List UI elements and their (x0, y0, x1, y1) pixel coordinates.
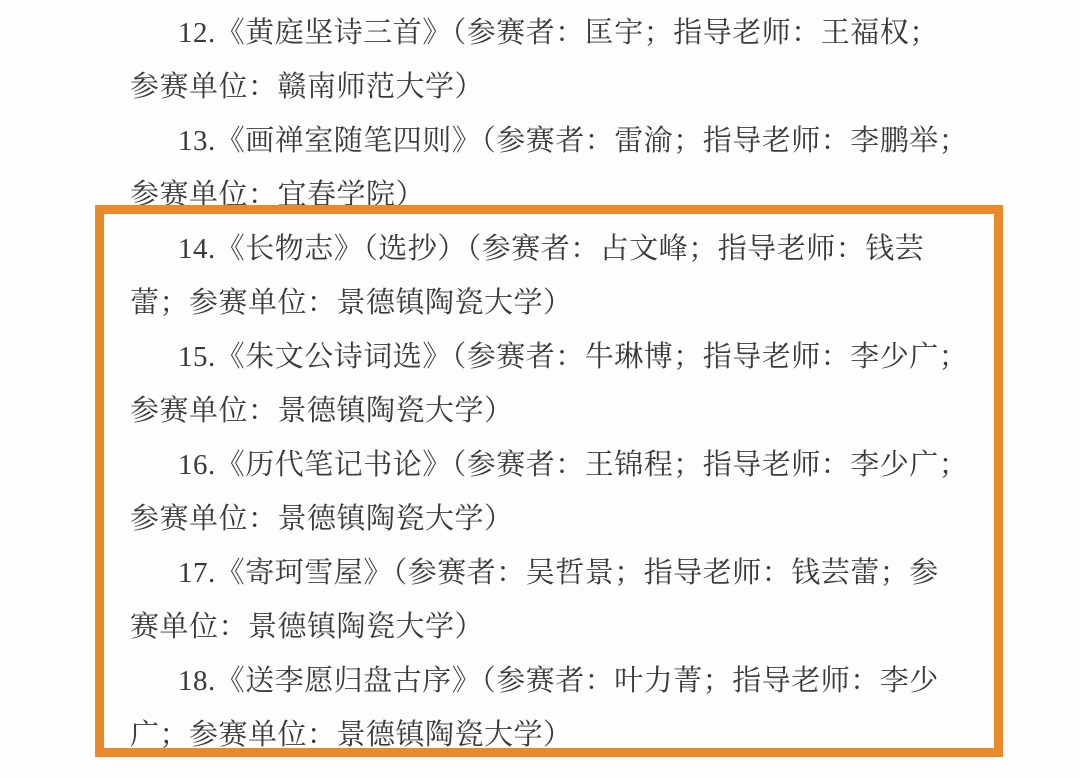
entry-13-line-2: 参赛单位：宜春学院） (130, 168, 1016, 222)
entry-18-line-2: 广；参赛单位：景德镇陶瓷大学） (130, 708, 1016, 762)
entry-17-line-2: 赛单位：景德镇陶瓷大学） (130, 600, 1016, 654)
entry-list: 12.《黄庭坚诗三首》（参赛者：匡宇；指导老师：王福权； 参赛单位：赣南师范大学… (130, 0, 1016, 762)
entry-16-line-1: 16.《历代笔记书论》（参赛者：王锦程；指导老师：李少广； (130, 438, 1016, 492)
entry-14-line-2: 蕾；参赛单位：景德镇陶瓷大学） (130, 276, 1016, 330)
entry-12-line-1: 12.《黄庭坚诗三首》（参赛者：匡宇；指导老师：王福权； (130, 6, 1016, 60)
entry-14-line-1: 14.《长物志》（选抄）（参赛者：占文峰；指导老师：钱芸 (130, 222, 1016, 276)
entry-13-line-1: 13.《画禅室随笔四则》（参赛者：雷渝；指导老师：李鹏举； (130, 114, 1016, 168)
entry-15-line-1: 15.《朱文公诗词选》（参赛者：牛琳博；指导老师：李少广； (130, 330, 1016, 384)
entry-17-line-1: 17.《寄珂雪屋》（参赛者：吴哲景；指导老师：钱芸蕾；参 (130, 546, 1016, 600)
entry-18-line-1: 18.《送李愿归盘古序》（参赛者：叶力菁；指导老师：李少 (130, 654, 1016, 708)
entry-12-line-2: 参赛单位：赣南师范大学） (130, 60, 1016, 114)
document-page: 12.《黄庭坚诗三首》（参赛者：匡宇；指导老师：王福权； 参赛单位：赣南师范大学… (0, 0, 1080, 778)
entry-16-line-2: 参赛单位：景德镇陶瓷大学） (130, 492, 1016, 546)
entry-15-line-2: 参赛单位：景德镇陶瓷大学） (130, 384, 1016, 438)
